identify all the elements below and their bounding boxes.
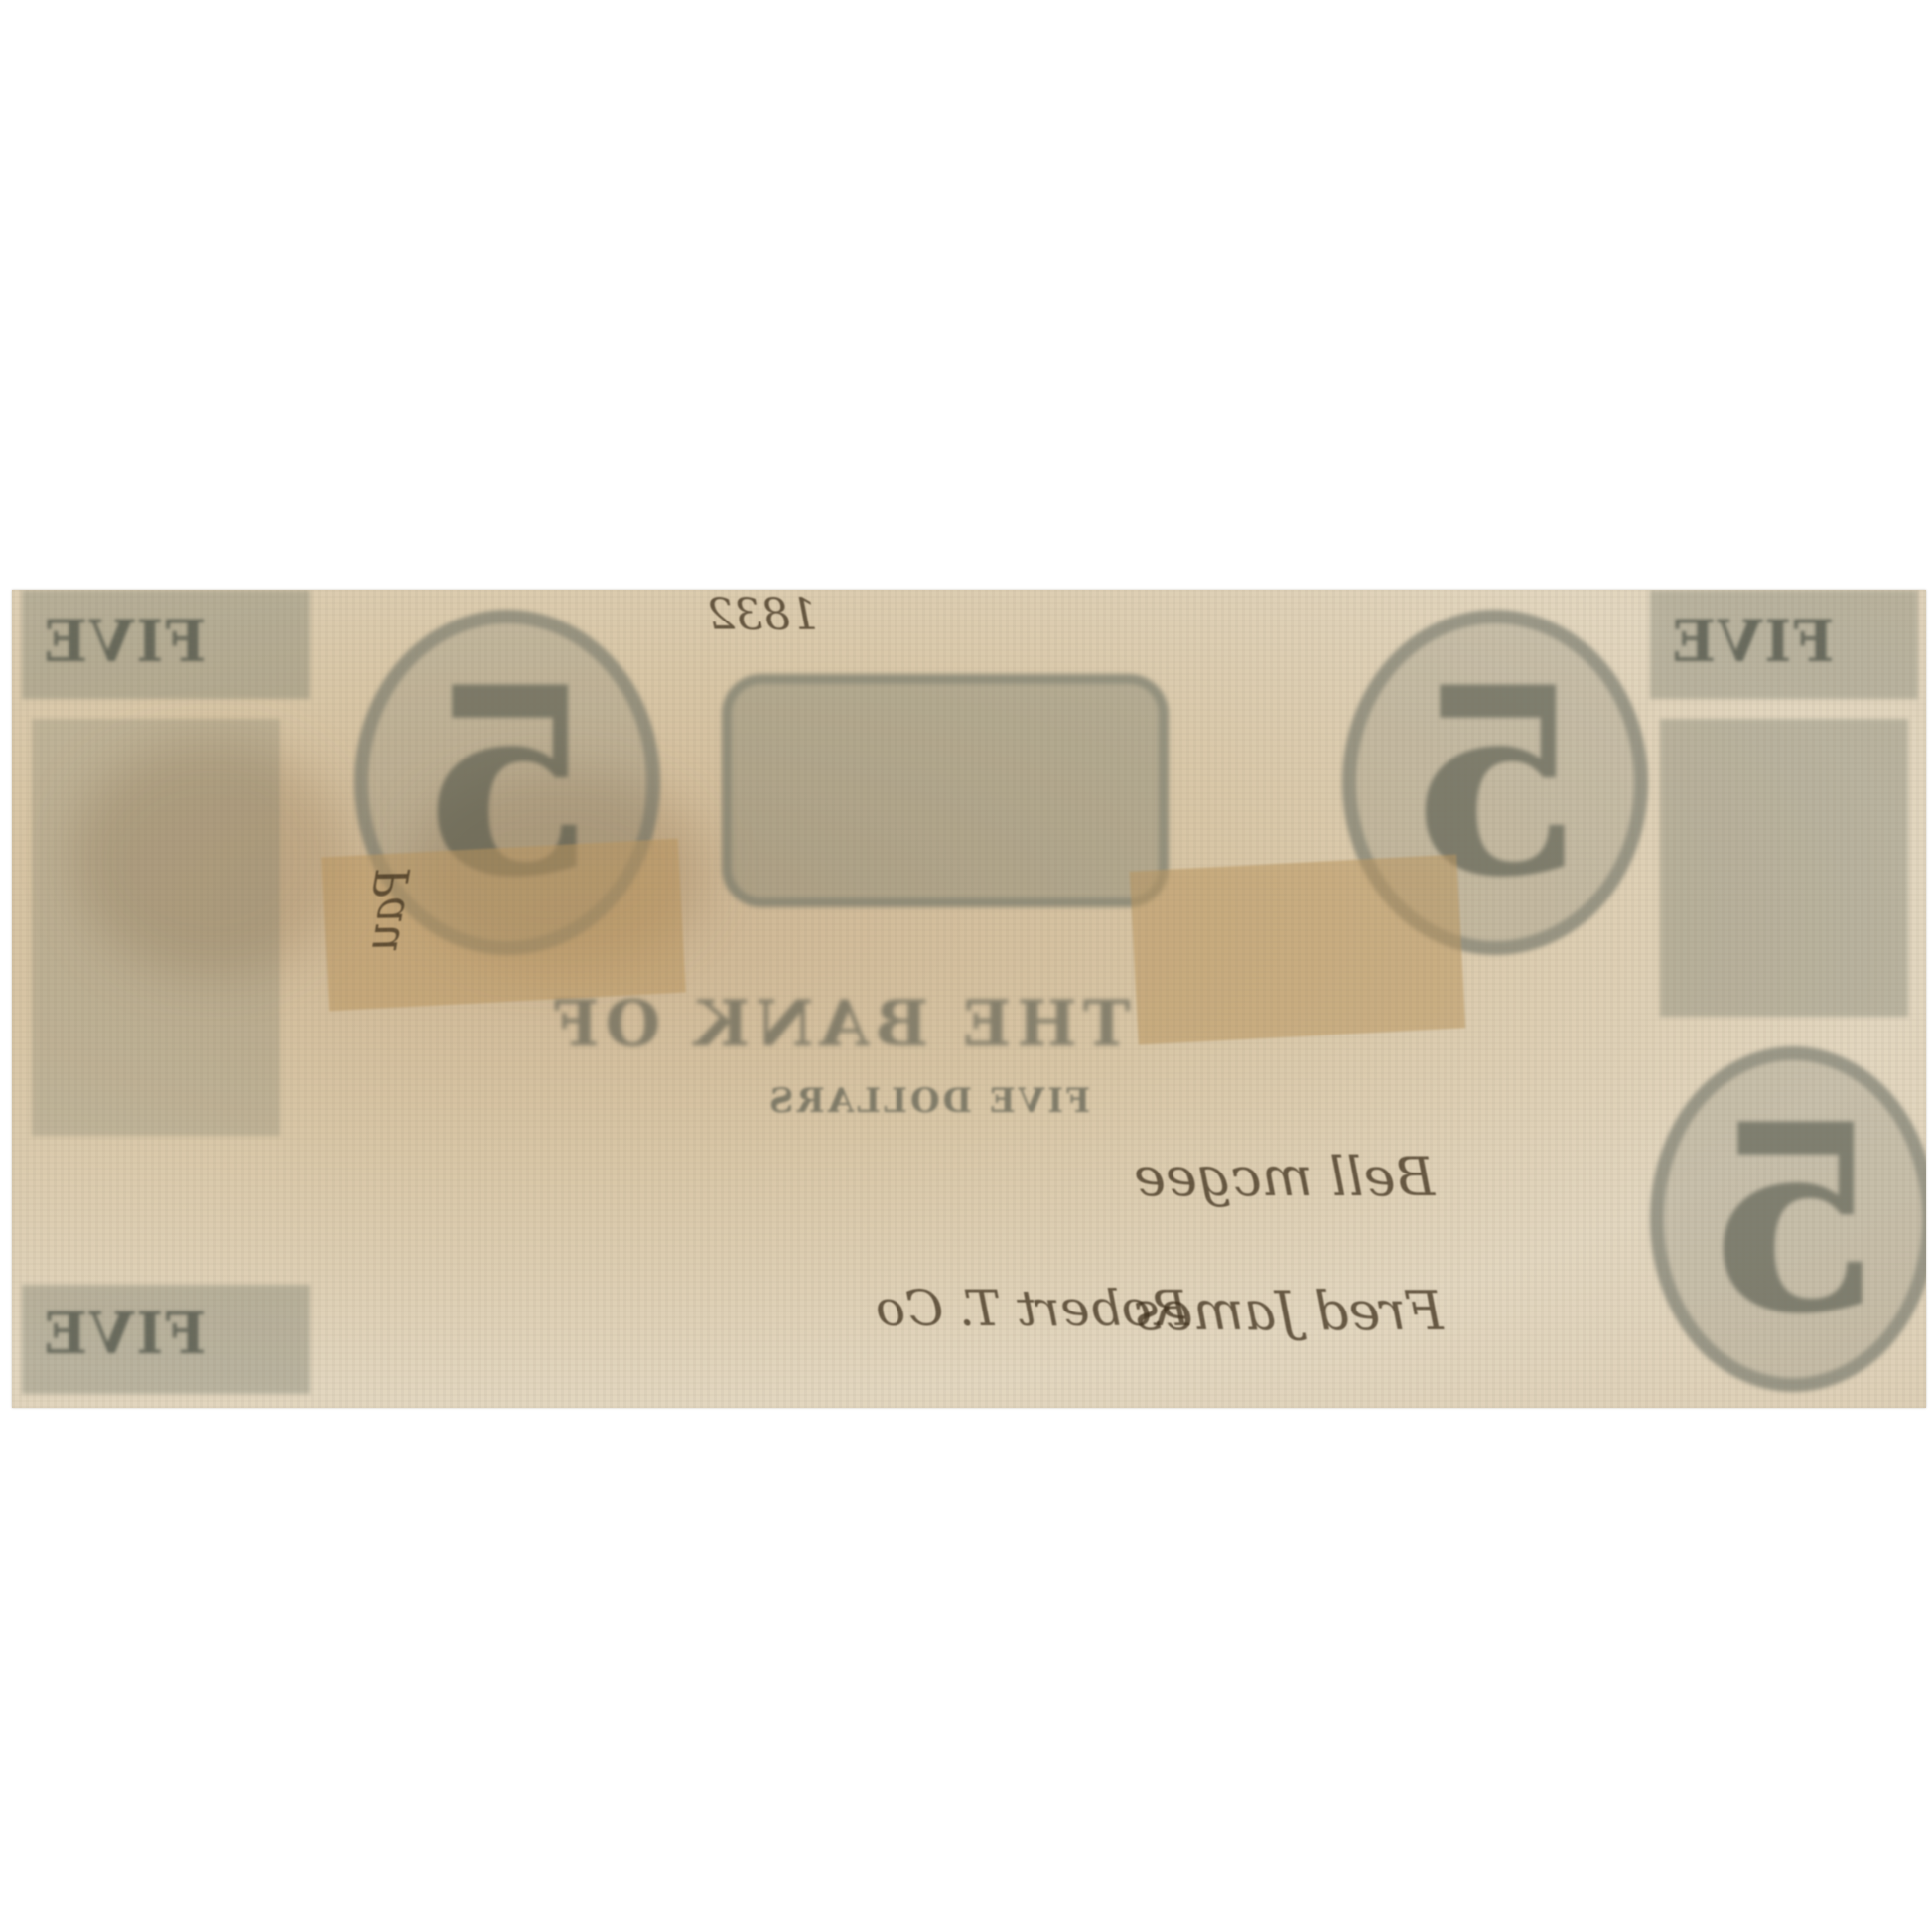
numeral-oval-left: 5 [354, 610, 660, 955]
tape-left [321, 839, 686, 1012]
tape-right [1130, 854, 1466, 1044]
corner-label-top-left: FIVE [42, 608, 207, 675]
handwritten-signature-3: Robert T. Co [876, 1280, 1188, 1337]
numeral-oval-bottom-right: 5 [1650, 1046, 1926, 1392]
banknote: FIVE FIVE 5 5 FIVE 5 THE BANK OF FIVE DO… [12, 590, 1926, 1408]
corner-label-top-right: FIVE [1670, 608, 1835, 675]
stain [71, 739, 349, 977]
denomination-mirrored: FIVE DOLLARS [766, 1081, 1090, 1121]
handwritten-left: Pau [353, 863, 421, 956]
handwritten-signature-1: Bell mcgee [1134, 1146, 1435, 1208]
numeral-oval-right: 5 [1342, 610, 1648, 955]
corner-panel-bottom-left [22, 1285, 310, 1394]
left-border-panel [32, 719, 280, 1136]
handwritten-signature-2: Fred James [1134, 1280, 1444, 1342]
central-vignette [722, 674, 1169, 907]
bank-title-mirrored: THE BANK OF [548, 987, 1131, 1061]
right-border-panel [1660, 719, 1908, 1017]
stain [409, 768, 707, 967]
handwritten-date: 1832 [707, 590, 818, 640]
corner-label-bottom-left: FIVE [42, 1300, 207, 1367]
corner-panel-top-right [1650, 590, 1918, 699]
corner-panel-top-left [22, 590, 310, 699]
